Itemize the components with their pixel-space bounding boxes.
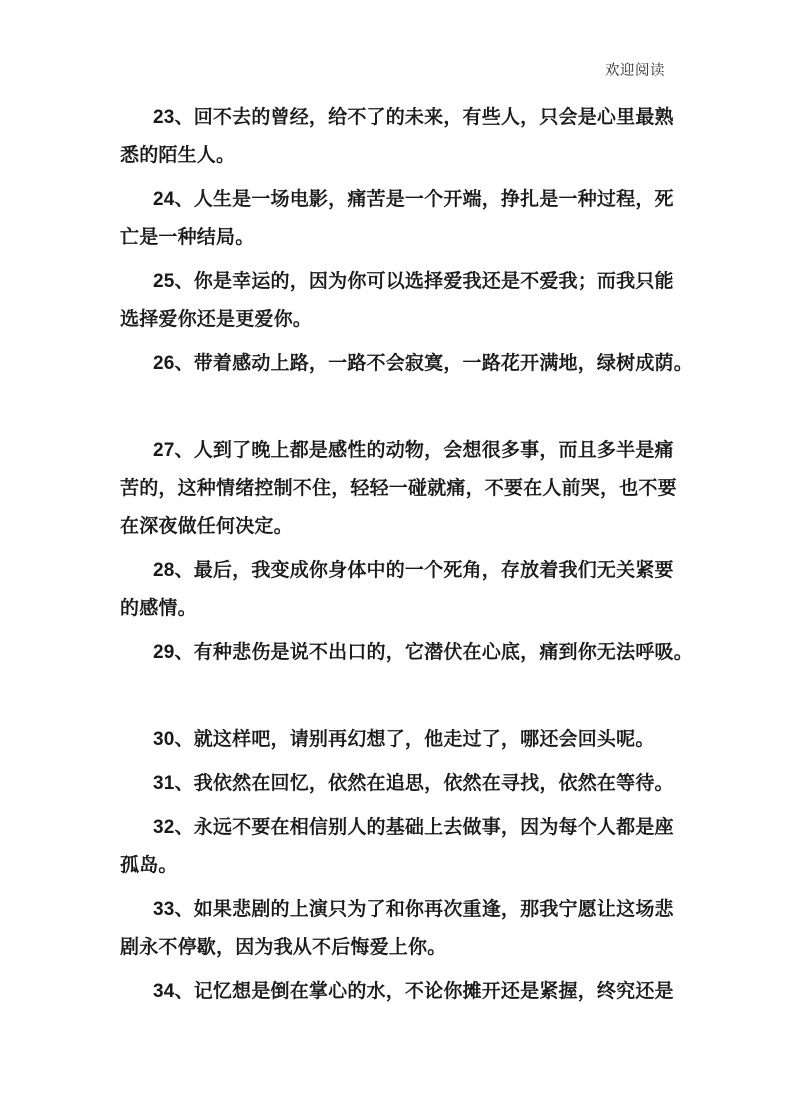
paragraph-34: 34、记忆想是倒在掌心的水，不论你摊开还是紧握，终究还是 <box>120 973 675 1011</box>
text-line: 30、就这样吧，请别再幻想了，他走过了，哪还会回头呢。 <box>120 721 675 759</box>
text-line: 28、最后，我变成你身体中的一个死角，存放着我们无关紧要 <box>120 552 675 590</box>
paragraph-23: 23、回不去的曾经，给不了的未来，有些人，只会是心里最熟 悉的陌生人。 <box>120 99 675 175</box>
text-line: 悉的陌生人。 <box>120 137 675 175</box>
paragraph-30: 30、就这样吧，请别再幻想了，他走过了，哪还会回头呢。 <box>120 721 675 759</box>
paragraph-27: 27、人到了晚上都是感性的动物，会想很多事，而且多半是痛 苦的，这种情绪控制不住… <box>120 432 675 546</box>
text-line: 29、有种悲伤是说不出口的，它潜伏在心底，痛到你无法呼吸。 <box>120 634 675 672</box>
text-line: 孤岛。 <box>120 847 675 885</box>
text-line: 31、我依然在回忆，依然在追思，依然在寻找，依然在等待。 <box>120 765 675 803</box>
text-line: 选择爱你还是更爱你。 <box>120 301 675 339</box>
text-line: 26、带着感动上路，一路不会寂寞，一路花开满地，绿树成荫。 <box>120 345 675 383</box>
paragraph-31: 31、我依然在回忆，依然在追思，依然在寻找，依然在等待。 <box>120 765 675 803</box>
text-line: 剧永不停歇，因为我从不后悔爱上你。 <box>120 929 675 967</box>
text-line: 苦的，这种情绪控制不住，轻轻一碰就痛，不要在人前哭，也不要 <box>120 470 675 508</box>
page-header-note: 欢迎阅读 <box>605 59 665 80</box>
text-line: 亡是一种结局。 <box>120 219 675 257</box>
text-line: 34、记忆想是倒在掌心的水，不论你摊开还是紧握，终究还是 <box>120 973 675 1011</box>
text-line: 33、如果悲剧的上演只为了和你再次重逢，那我宁愿让这场悲 <box>120 891 675 929</box>
paragraph-24: 24、人生是一场电影，痛苦是一个开端，挣扎是一种过程，死 亡是一种结局。 <box>120 181 675 257</box>
text-line: 27、人到了晚上都是感性的动物，会想很多事，而且多半是痛 <box>120 432 675 470</box>
paragraph-32: 32、永远不要在相信别人的基础上去做事，因为每个人都是座 孤岛。 <box>120 809 675 885</box>
text-line: 在深夜做任何决定。 <box>120 508 675 546</box>
paragraph-25: 25、你是幸运的，因为你可以选择爱我还是不爱我；而我只能 选择爱你还是更爱你。 <box>120 263 675 339</box>
paragraph-33: 33、如果悲剧的上演只为了和你再次重逢，那我宁愿让这场悲 剧永不停歇，因为我从不… <box>120 891 675 967</box>
paragraph-28: 28、最后，我变成你身体中的一个死角，存放着我们无关紧要 的感情。 <box>120 552 675 628</box>
text-line: 的感情。 <box>120 590 675 628</box>
paragraph-26: 26、带着感动上路，一路不会寂寞，一路花开满地，绿树成荫。 <box>120 345 675 383</box>
content: 23、回不去的曾经，给不了的未来，有些人，只会是心里最熟 悉的陌生人。 24、人… <box>120 99 675 1017</box>
text-line: 32、永远不要在相信别人的基础上去做事，因为每个人都是座 <box>120 809 675 847</box>
text-line: 25、你是幸运的，因为你可以选择爱我还是不爱我；而我只能 <box>120 263 675 301</box>
text-line: 24、人生是一场电影，痛苦是一个开端，挣扎是一种过程，死 <box>120 181 675 219</box>
text-line: 23、回不去的曾经，给不了的未来，有些人，只会是心里最熟 <box>120 99 675 137</box>
document-page: 欢迎阅读 23、回不去的曾经，给不了的未来，有些人，只会是心里最熟 悉的陌生人。… <box>0 0 792 1120</box>
paragraph-29: 29、有种悲伤是说不出口的，它潜伏在心底，痛到你无法呼吸。 <box>120 634 675 672</box>
